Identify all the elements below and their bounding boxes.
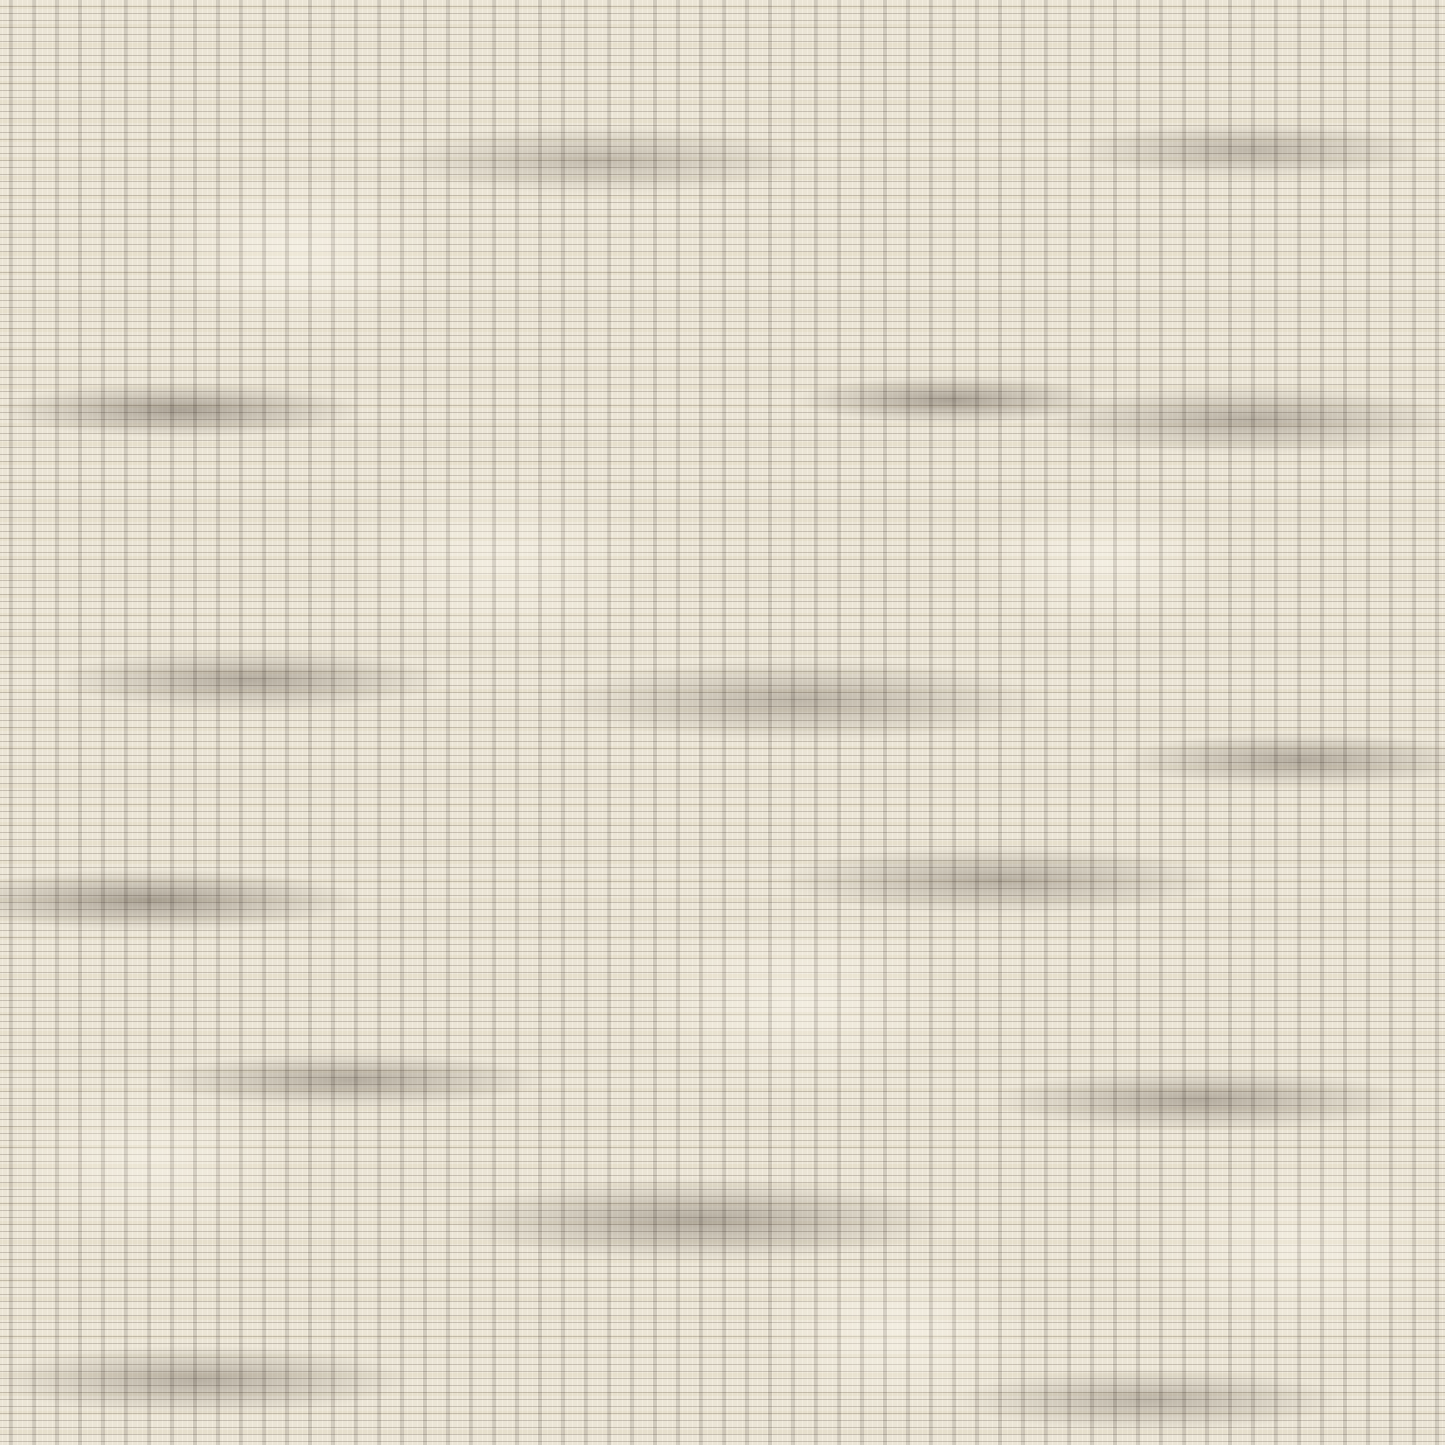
rug-texture: [0, 0, 1445, 1445]
speckle-noise: [0, 0, 1445, 1445]
